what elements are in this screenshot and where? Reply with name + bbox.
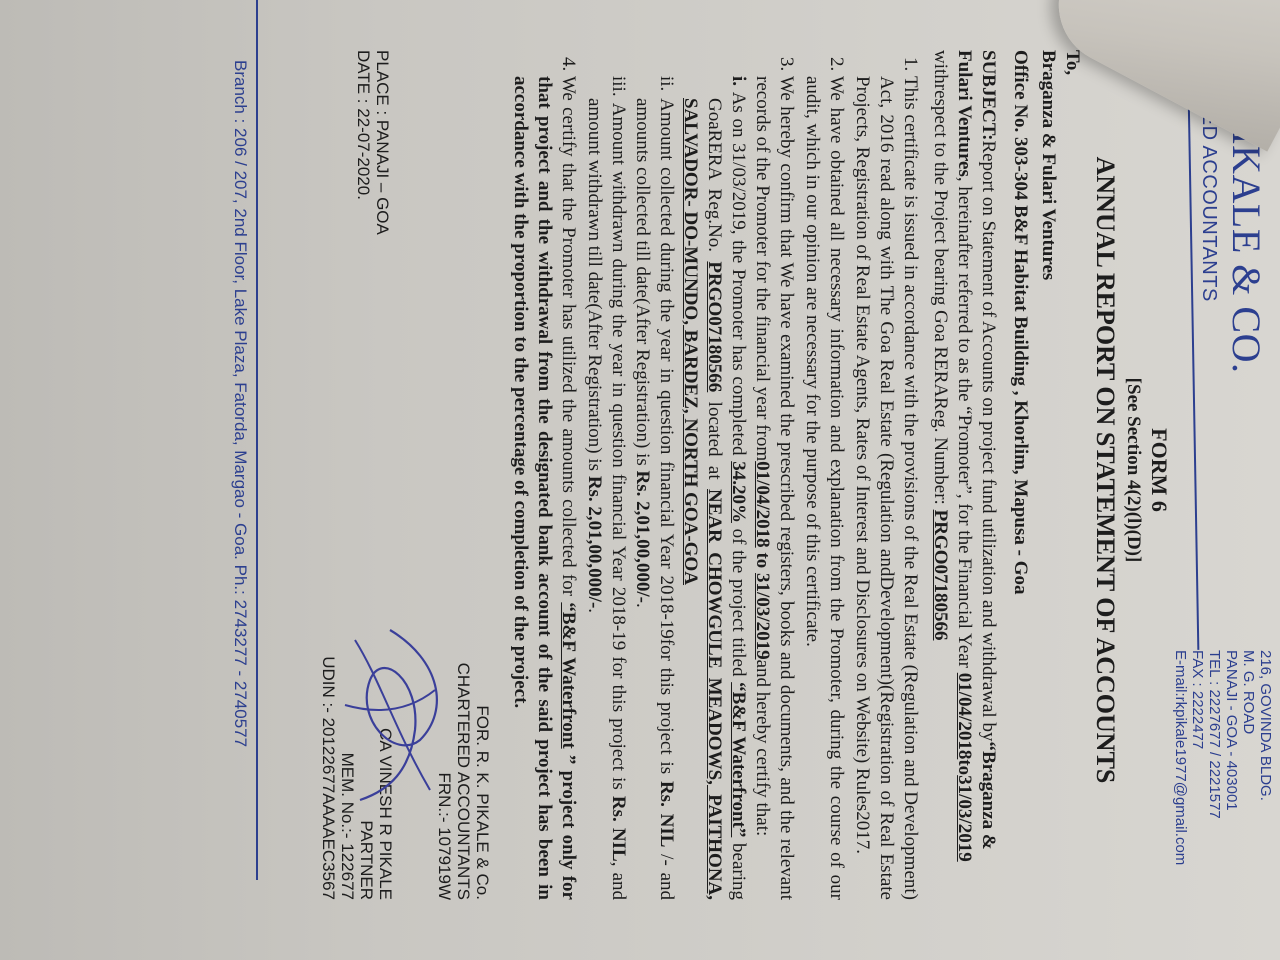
date: DATE : 22-07-2020. — [354, 50, 373, 235]
handwritten-signature-icon — [340, 620, 450, 810]
point-3: We hereby confirm that We have examined … — [582, 76, 798, 900]
amount-withdrawn-till-date: Rs. 2,01,00,000/- — [584, 476, 605, 608]
form-title: FORM 6 — [1146, 0, 1172, 940]
point-1: This certificate is issued in accordance… — [850, 76, 922, 900]
to-label: To, — [1060, 50, 1084, 900]
rera-reg-number: PRGO07180566 — [930, 510, 951, 641]
period-to: 31/03/2019 — [954, 775, 975, 862]
period-from: 01/04/2018 — [954, 673, 975, 760]
point-2: We have obtained all necessary informati… — [800, 76, 848, 900]
place: PLACE : PANAJI – GOA — [373, 50, 392, 235]
point-3-subitems: i. As on 31/03/2019, the Promoter has co… — [582, 76, 750, 900]
subitem-ii: ii. Amount collected during the year in … — [630, 76, 678, 900]
subitem-iii: iii. Amount withdrawn during the year in… — [582, 76, 630, 900]
address-line: TEL : 2227677 / 2221577 — [1206, 650, 1223, 865]
addressee-name: Braganza & Fulari Ventures — [1036, 50, 1060, 900]
addressee-address: Office No. 303-304 B&F Habitat Building … — [1008, 50, 1032, 900]
branch-footer: Branch : 206 / 207, 2nd Floor, Lake Plaz… — [230, 60, 250, 747]
document-body: To, Braganza & Fulari Ventures Office No… — [506, 50, 1084, 900]
section-reference: [See Section 4(2)(l)(D)] — [1122, 0, 1144, 940]
email-line: E-mail:rkpikale1977@gmail.com — [1172, 650, 1189, 865]
certificate-points: This certificate is issued in accordance… — [508, 50, 922, 900]
subject-label: SUBJECT: — [978, 50, 999, 140]
udin: UDIN :- 20122677AAAAEC3567 — [319, 580, 338, 900]
footer-divider — [256, 0, 258, 880]
report-heading: ANNUAL REPORT ON STATEMENT OF ACCOUNTS — [1090, 0, 1120, 940]
document-page: R. K. PIKALE & CO. CHARTERED ACCOUNTANTS… — [40, 0, 1280, 940]
subitem-i: i. As on 31/03/2019, the Promoter has co… — [678, 76, 750, 900]
amount-collected-till-date: Rs. 2,01,00,000/- — [632, 471, 653, 603]
address-line: FAX : 2222477 — [1189, 650, 1206, 865]
place-date: PLACE : PANAJI – GOA DATE : 22-07-2020. — [354, 50, 392, 235]
firm-address: 216, GOVINDA BLDG. M. G. ROAD PANAJI - G… — [1172, 650, 1274, 865]
address-line: 216, GOVINDA BLDG. — [1257, 650, 1274, 865]
subject-paragraph: SUBJECT:Report on Statement of Accounts … — [928, 50, 1000, 900]
project-title: “B&F Waterfront” — [728, 682, 749, 837]
completion-percent: 34.20% — [728, 461, 749, 523]
address-line: PANAJI - GOA - 403001 — [1223, 650, 1240, 865]
point-4: We certify that the Promoter has utilize… — [508, 76, 580, 900]
address-line: M. G. ROAD — [1240, 650, 1257, 865]
photo-background: R. K. PIKALE & CO. CHARTERED ACCOUNTANTS… — [0, 0, 1280, 960]
